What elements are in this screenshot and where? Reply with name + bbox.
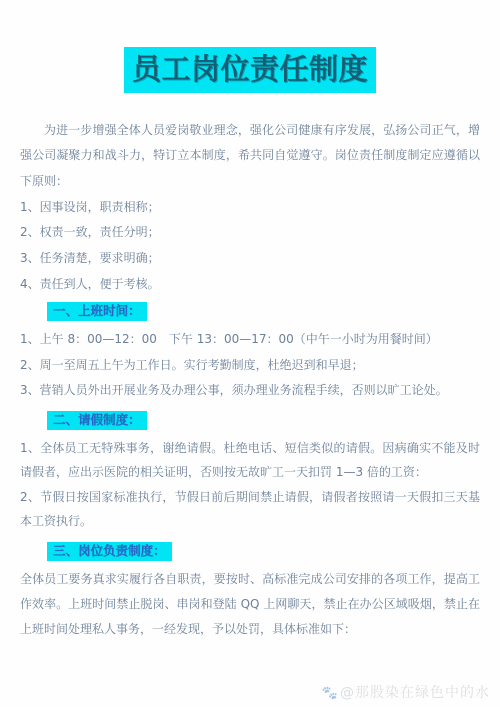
document-body: 为进一步增强全体人员爱岗敬业理念，强化公司健康有序发展，弘扬公司正气，增强公司凝… [0,118,500,643]
paw-icon: 🐾 [322,686,339,701]
section-item: 2、节假日按国家标准执行，节假日前后期间禁止请假，请假者按照请一天假扣三天基本工… [20,485,480,534]
section-post-responsibility: 全体员工要务真求实履行各自职责，要按时、高标准完成公司安排的各项工作，提高工作效… [20,567,480,643]
section-heading-row-post-responsibility: 三、岗位负责制度： [47,542,480,561]
section-heading-row-leave-policy: 二、请假制度： [47,411,480,430]
title-row: 员工岗位责任制度 [0,0,500,93]
document-page: 员工岗位责任制度 为进一步增强全体人员爱岗敬业理念，强化公司健康有序发展，弘扬公… [0,0,500,707]
intro-paragraph: 为进一步增强全体人员爱岗敬业理念，强化公司健康有序发展，弘扬公司正气，增强公司凝… [20,118,480,195]
section-item: 1、全体员工无特殊事务，谢绝请假。杜绝电话、短信类似的请假。因病确实不能及时请假… [20,436,480,485]
section-heading-work-hours: 一、上班时间： [47,302,147,321]
section-item: 全体员工要务真求实履行各自职责，要按时、高标准完成公司安排的各项工作，提高工作效… [20,567,480,643]
principle-item-1: 1、因事设岗，职责相称； [20,195,480,221]
section-item: 2、周一至周五上午为工作日。实行考勤制度，杜绝迟到和早退； [20,353,480,379]
section-item: 1、上午 8：00—12：00 下午 13：00—17：00（中午一小时为用餐时… [20,327,480,353]
principle-item-3: 3、任务清楚，要求明确； [20,246,480,272]
section-work-hours: 1、上午 8：00—12：00 下午 13：00—17：00（中午一小时为用餐时… [20,327,480,404]
principle-item-2: 2、权责一致，责任分明； [20,220,480,246]
section-heading-row-work-hours: 一、上班时间： [47,302,480,321]
section-heading-post-responsibility: 三、岗位负责制度： [47,542,172,561]
principle-item-4: 4、责任到人，便于考核。 [20,272,480,298]
document-title: 员工岗位责任制度 [124,47,376,93]
watermark-text: @那股染在绿色中的水 [340,685,490,701]
watermark: 🐾@那股染在绿色中的水 [322,682,490,702]
section-item: 3、营销人员外出开展业务及办理公事，须办理业务流程手续，否则以旷工论处。 [20,378,480,404]
section-leave-policy: 1、全体员工无特殊事务，谢绝请假。杜绝电话、短信类似的请假。因病确实不能及时请假… [20,436,480,534]
section-heading-leave-policy: 二、请假制度： [47,411,147,430]
